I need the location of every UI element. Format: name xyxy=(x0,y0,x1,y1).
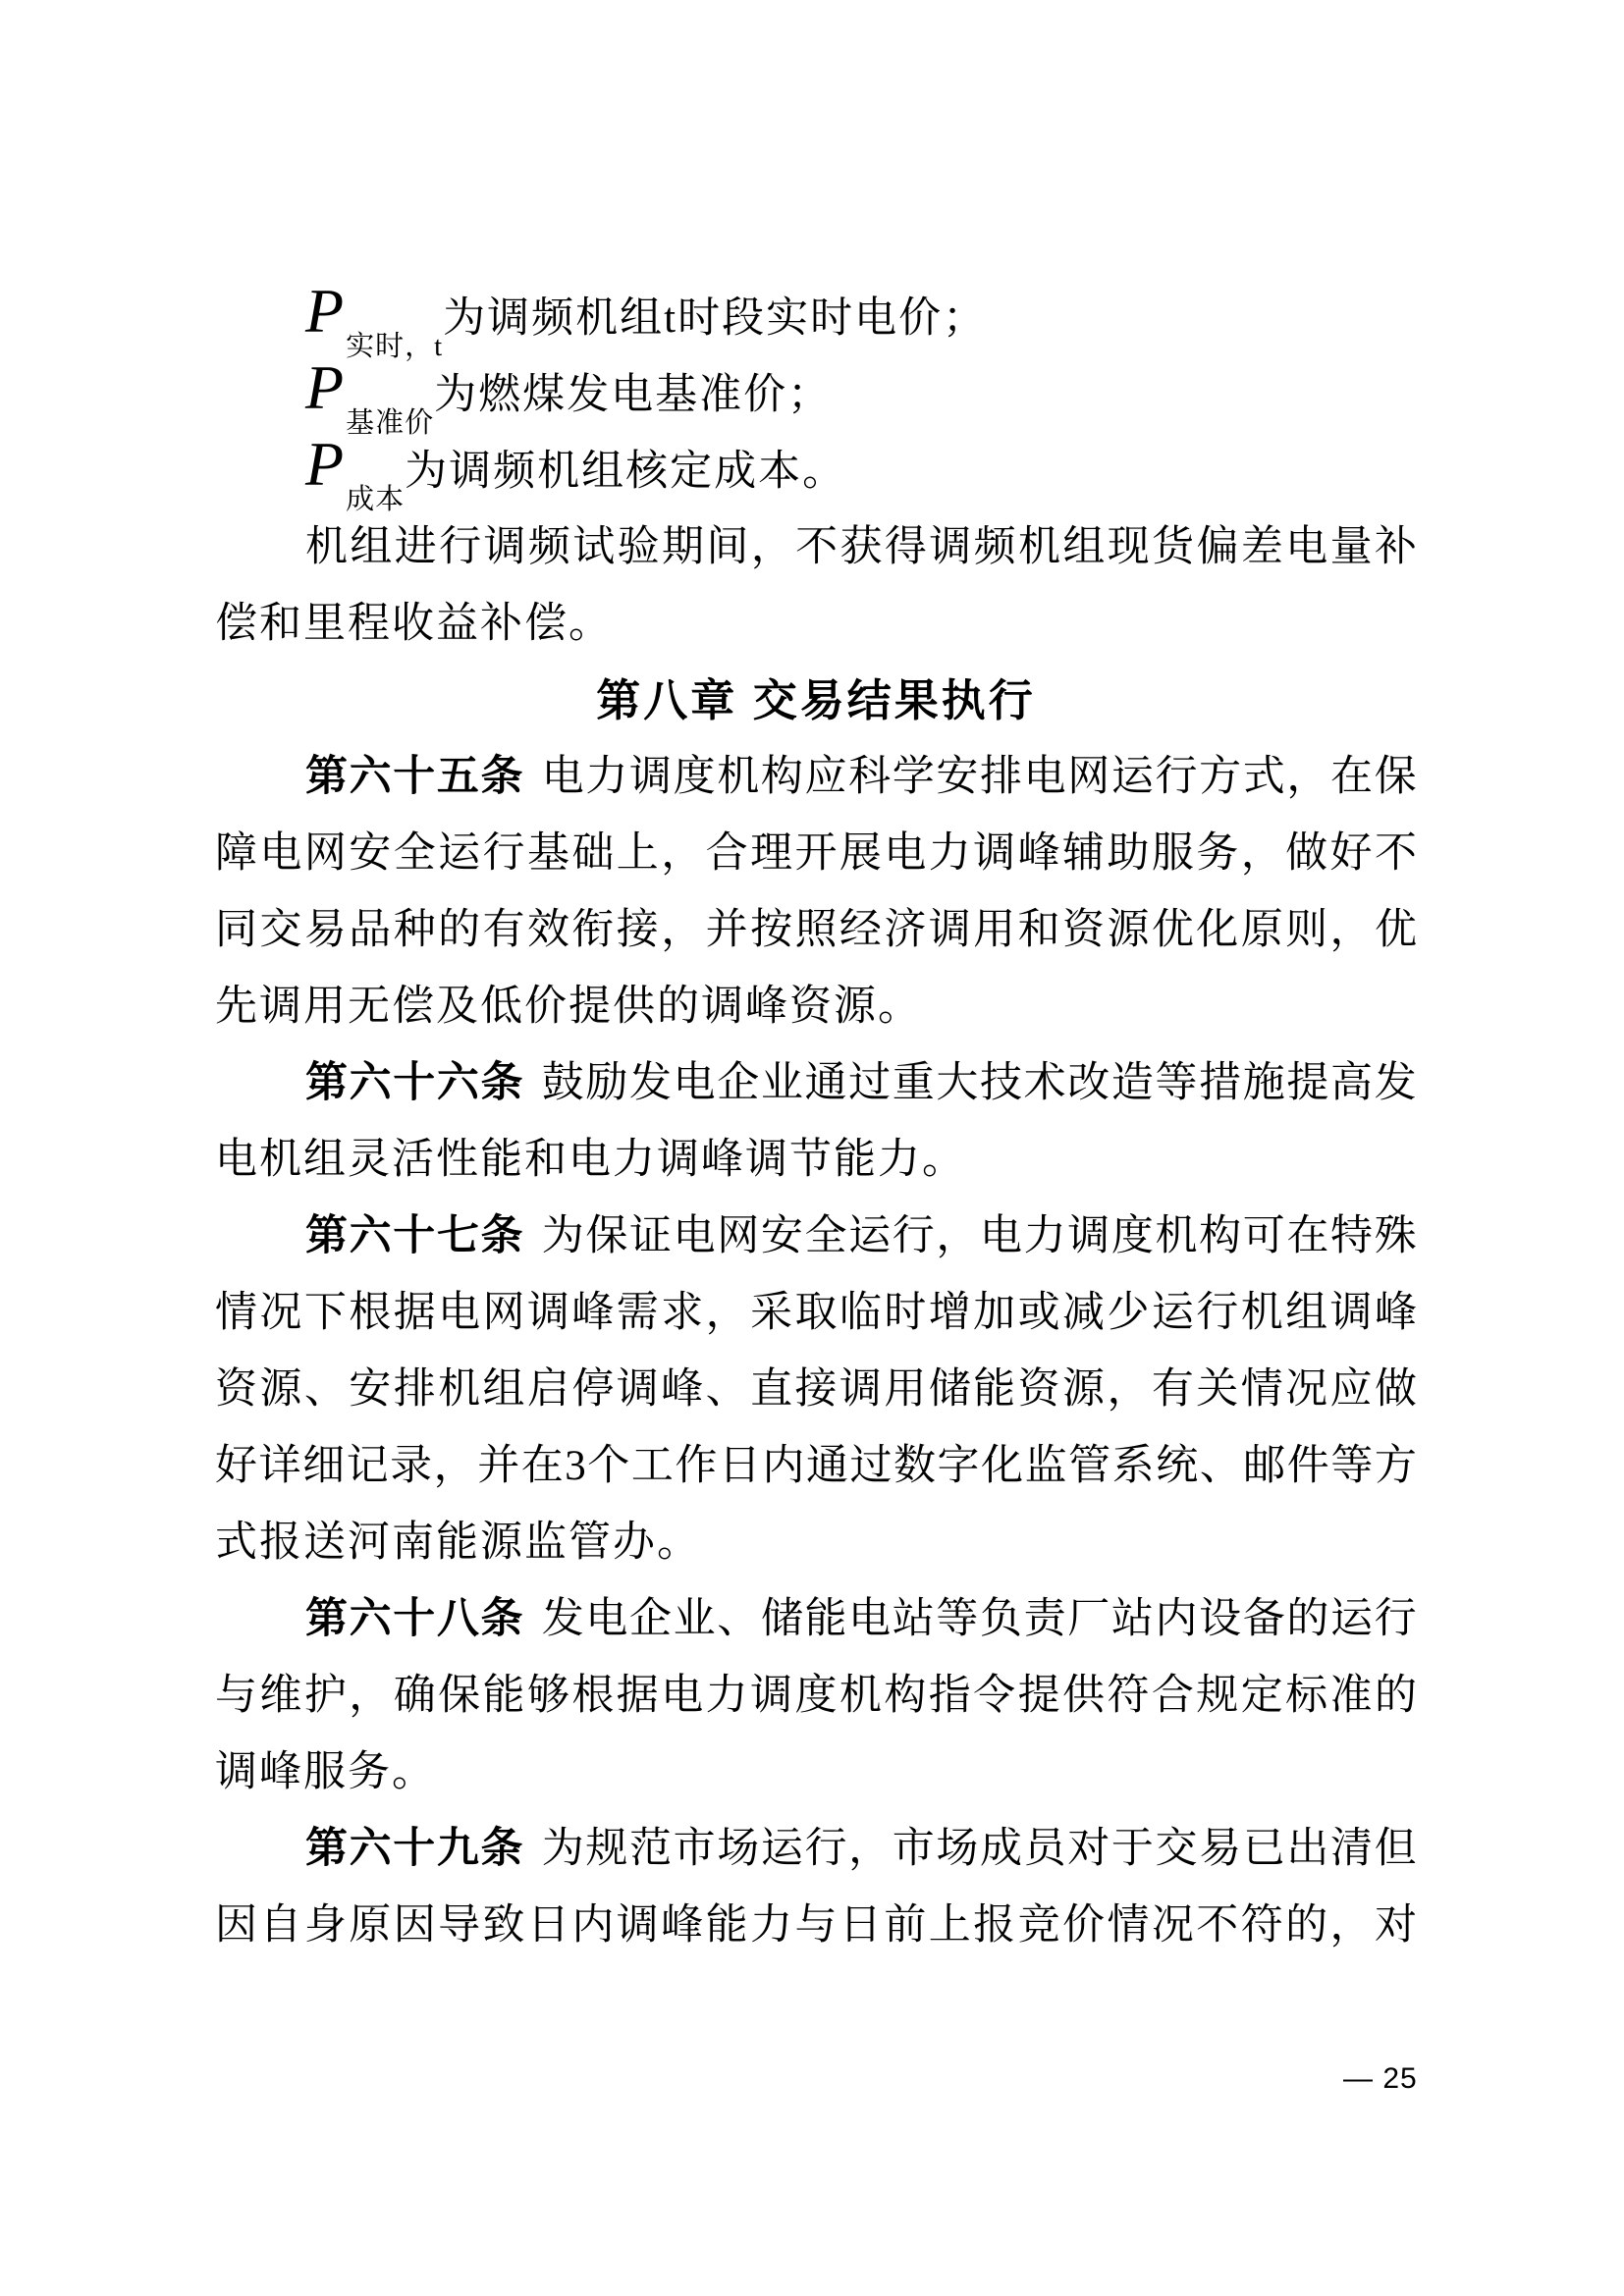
text-char: 的 xyxy=(438,892,480,969)
text-char: 员 xyxy=(1024,1811,1066,1888)
text-char: 峰 xyxy=(1375,1275,1417,1352)
text-char: 导 xyxy=(438,1888,480,1964)
text-char: 储 xyxy=(929,1352,971,1428)
text-char: 情 xyxy=(215,1275,257,1352)
text-char: 原 xyxy=(349,1888,391,1964)
text-char: ， xyxy=(661,816,703,892)
text-char: 差 xyxy=(1241,509,1283,586)
text-char: 电 xyxy=(674,1045,716,1122)
article-number-char: 六 xyxy=(350,1811,392,1888)
text-char: 系 xyxy=(1112,1428,1155,1505)
text-char: 调 xyxy=(973,816,1015,892)
text-char: 间 xyxy=(706,509,748,586)
text-char: 力 xyxy=(929,816,971,892)
text-char: 清 xyxy=(1330,1811,1373,1888)
text-char: 术 xyxy=(1024,1045,1066,1122)
text-char: 准 xyxy=(1330,1658,1373,1735)
text-char: 按 xyxy=(750,892,792,969)
text-char: 好 xyxy=(1330,816,1373,892)
text-char: 高 xyxy=(1330,1045,1373,1122)
text-char: 电 xyxy=(848,1581,891,1658)
text-char: 度 xyxy=(1111,1199,1154,1275)
text-char: 接 xyxy=(794,1352,837,1428)
article-line: 第六十八条发电企业、储能电站等负责厂站内设备的运行 xyxy=(215,1581,1417,1658)
text-char: 市 xyxy=(674,1811,716,1888)
text-char: 构 xyxy=(1199,1199,1241,1275)
text-char: 则 xyxy=(1285,892,1327,969)
text-char: 等 xyxy=(1330,1428,1373,1505)
text-char: 临 xyxy=(839,1275,882,1352)
text-char: 上 xyxy=(617,816,659,892)
article-number-char: 十 xyxy=(393,1199,435,1275)
text-char: 不 xyxy=(1375,816,1417,892)
text-char: 式 xyxy=(1243,739,1285,816)
text-char: 因 xyxy=(394,1888,436,1964)
text-char: 发 xyxy=(1375,1045,1417,1122)
text-char: 调 xyxy=(929,509,971,586)
text-char: 况 xyxy=(1152,1888,1194,1964)
text-char: 交 xyxy=(1156,1811,1198,1888)
text-char: 市 xyxy=(893,1811,935,1888)
text-char: ， xyxy=(661,892,703,969)
text-char: 据 xyxy=(617,1658,659,1735)
text-char: 站 xyxy=(1111,1581,1154,1658)
text-char: 安 xyxy=(761,1199,803,1275)
text-char: 期 xyxy=(662,509,704,586)
text-char: 作 xyxy=(675,1428,717,1505)
text-char: 对 xyxy=(1375,1888,1417,1964)
text-char: 能 xyxy=(483,1658,525,1735)
text-char: 细 xyxy=(302,1428,345,1505)
text-char: 组 xyxy=(1285,1275,1327,1352)
text-char: 过 xyxy=(849,1428,892,1505)
text-char: 范 xyxy=(629,1811,672,1888)
text-char: 、 xyxy=(706,1352,748,1428)
text-char: 字 xyxy=(938,1428,980,1505)
text-char: 况 xyxy=(259,1275,301,1352)
article-number-char: 六 xyxy=(350,1199,392,1275)
text-char: 组 xyxy=(483,1352,525,1428)
text-char: 取 xyxy=(794,1275,837,1352)
text-char: 网 xyxy=(304,816,347,892)
text-char: 科 xyxy=(848,739,891,816)
text-char: 大 xyxy=(936,1045,978,1122)
text-char: ， xyxy=(434,1428,476,1505)
text-char: 机 xyxy=(438,1352,480,1428)
text-char: 做 xyxy=(1285,816,1327,892)
text-char: 下 xyxy=(304,1275,347,1352)
text-char: 电 xyxy=(259,816,301,892)
text-char: 网 xyxy=(483,1275,525,1352)
chapter-heading: 第八章 交易结果执行 xyxy=(215,663,1417,739)
text-char: 业 xyxy=(761,1045,803,1122)
text-char: 货 xyxy=(1152,509,1194,586)
formula-line: P基准价为燃煤发电基准价； xyxy=(215,356,1417,433)
text-char: 资 xyxy=(1062,892,1105,969)
text-char: 电 xyxy=(1285,509,1327,586)
text-char: 理 xyxy=(750,816,792,892)
text-char: 力 xyxy=(706,1658,748,1735)
text-char: 组 xyxy=(350,509,392,586)
article-line: 障电网安全运行基础上，合理开展电力调峰辅助服务，做好不 xyxy=(215,816,1417,892)
text-char: 通 xyxy=(806,1428,848,1505)
article-number-char: 条 xyxy=(481,1581,523,1658)
text-char: 自 xyxy=(259,1888,301,1964)
text-char: 用 xyxy=(884,1352,926,1428)
article-number-char: 第 xyxy=(305,1199,348,1275)
text-char: 等 xyxy=(1156,1045,1198,1122)
text-char: 排 xyxy=(394,1352,436,1428)
text-char: 开 xyxy=(794,816,837,892)
text-char: 根 xyxy=(571,1658,614,1735)
article-line: 同交易品种的有效衔接，并按照经济调用和资源优化原则，优 xyxy=(215,892,1417,969)
text-char: 全 xyxy=(805,1199,847,1275)
text-char: 源 xyxy=(1107,892,1149,969)
text-char: 指 xyxy=(929,1658,971,1735)
text-char: 3 xyxy=(565,1428,586,1505)
text-char: 化 xyxy=(981,1428,1023,1505)
note-line: 机组进行调频试验期间，不获得调频机组现货偏差电量补 xyxy=(215,509,1417,586)
article-number-char: 第 xyxy=(305,739,348,816)
text-char: 调 xyxy=(839,1352,882,1428)
text-char: 出 xyxy=(1286,1811,1328,1888)
text-char: 已 xyxy=(1243,1811,1285,1888)
text-char: 统 xyxy=(1156,1428,1198,1505)
number-text-gap xyxy=(524,1199,540,1275)
text-char: 电 xyxy=(661,1658,703,1735)
article-number-char: 九 xyxy=(437,1811,479,1888)
article-number-char: 十 xyxy=(393,1581,435,1658)
text-char: 在 xyxy=(1330,739,1373,816)
text-char: 优 xyxy=(1375,892,1417,969)
text-char: 调 xyxy=(617,1352,659,1428)
text-char: 全 xyxy=(394,816,436,892)
text-char: 电 xyxy=(674,1199,716,1275)
text-char: 加 xyxy=(973,1275,1015,1352)
text-char: 过 xyxy=(848,1045,891,1122)
text-char: 措 xyxy=(1199,1045,1241,1122)
article-line: 与维护，确保能够根据电力调度机构指令提供符合规定标准的 xyxy=(215,1658,1417,1735)
text-char: 峰 xyxy=(1018,816,1060,892)
text-char: 补 xyxy=(1375,509,1417,586)
text-char: 行 xyxy=(439,509,481,586)
text-char: 运 xyxy=(438,816,480,892)
text-char: ， xyxy=(1241,816,1283,892)
text-char: 接 xyxy=(617,892,659,969)
text-char: 行 xyxy=(1156,739,1198,816)
text-char: 经 xyxy=(839,892,882,969)
article-number-char: 七 xyxy=(437,1199,479,1275)
text-char: 调 xyxy=(484,509,526,586)
text-char: 资 xyxy=(215,1352,257,1428)
text-char: 储 xyxy=(761,1581,803,1658)
article-line: 第六十九条为规范市场运行，市场成员对于交易已出清但 xyxy=(215,1811,1417,1888)
text-char: ， xyxy=(706,1275,748,1352)
text-char: 峰 xyxy=(661,1352,703,1428)
article-number-char: 条 xyxy=(481,1811,523,1888)
document-content: P实时，t为调频机组t时段实时电价；P基准价为燃煤发电基准价；P成本为调频机组核… xyxy=(215,280,1417,1964)
text-char: 为 xyxy=(542,1199,584,1275)
article-line: 调峰服务。 xyxy=(215,1735,1417,1811)
text-char: 机 xyxy=(1018,509,1060,586)
article-number-char: 十 xyxy=(393,1045,435,1122)
text-char: 峰 xyxy=(571,1275,614,1352)
text-char: 源 xyxy=(259,1352,301,1428)
text-char: 服 xyxy=(1152,816,1194,892)
text-char: 数 xyxy=(893,1428,936,1505)
text-char: 电 xyxy=(1024,739,1066,816)
text-char: 记 xyxy=(347,1428,389,1505)
text-char: 据 xyxy=(394,1275,436,1352)
text-char: 求 xyxy=(661,1275,703,1352)
text-char: 负 xyxy=(980,1581,1022,1658)
text-char: 电 xyxy=(542,739,584,816)
text-char: 量 xyxy=(1330,509,1373,586)
text-char: 因 xyxy=(215,1888,257,1964)
text-char: 邮 xyxy=(1243,1428,1285,1505)
text-char: 发 xyxy=(629,1045,672,1122)
text-char: 关 xyxy=(1196,1352,1238,1428)
text-char: 方 xyxy=(1375,1428,1417,1505)
text-char: 效 xyxy=(527,892,569,969)
text-char: 现 xyxy=(1108,509,1150,586)
text-char: 电 xyxy=(980,1199,1022,1275)
text-char: 停 xyxy=(571,1352,614,1428)
text-char: 需 xyxy=(617,1275,659,1352)
text-char: 度 xyxy=(674,739,716,816)
text-char: 构 xyxy=(884,1658,926,1735)
text-char: 报 xyxy=(973,1888,1015,1964)
text-char: 日 xyxy=(839,1888,882,1964)
document-page: P实时，t为调频机组t时段实时电价；P基准价为燃煤发电基准价；P成本为调频机组核… xyxy=(0,0,1624,2296)
text-char: 进 xyxy=(395,509,437,586)
article-line: 好详细记录，并在3个工作日内通过数字化监管系统、邮件等方 xyxy=(215,1428,1417,1505)
text-char: 助 xyxy=(1107,816,1149,892)
text-char: 发 xyxy=(542,1581,584,1658)
text-char: 机 xyxy=(1156,1199,1198,1275)
text-char: 有 xyxy=(1152,1352,1194,1428)
text-char: 运 xyxy=(1152,1275,1194,1352)
text-char: 交 xyxy=(259,892,301,969)
text-char: 不 xyxy=(795,509,838,586)
text-char: 与 xyxy=(794,1888,837,1964)
text-char: 通 xyxy=(805,1045,847,1122)
text-char: 价 xyxy=(1062,1888,1105,1964)
text-char: 电 xyxy=(585,1581,627,1658)
text-char: 定 xyxy=(1241,1658,1283,1735)
text-char: 、 xyxy=(1200,1428,1242,1505)
text-char: 衔 xyxy=(571,892,614,969)
text-char: 排 xyxy=(980,739,1022,816)
text-char: 源 xyxy=(1062,1352,1105,1428)
article-line: 先调用无偿及低价提供的调峰资源。 xyxy=(215,969,1417,1045)
text-char: 提 xyxy=(1018,1658,1060,1735)
text-char: 的 xyxy=(1285,1888,1327,1964)
text-char: 够 xyxy=(527,1658,569,1735)
article-number-char: 六 xyxy=(350,739,392,816)
text-char: 做 xyxy=(1375,1352,1417,1428)
article-line: 情况下根据电网调峰需求，采取临时增加或减少运行机组调峰 xyxy=(215,1275,1417,1352)
text-char: 重 xyxy=(893,1045,935,1122)
text-char: 行 xyxy=(893,1199,935,1275)
text-char: 机 xyxy=(1241,1275,1283,1352)
article-number-char: 八 xyxy=(437,1581,479,1658)
text-char: 的 xyxy=(1375,1658,1417,1735)
text-char: 合 xyxy=(706,816,748,892)
text-char: 调 xyxy=(1330,1275,1373,1352)
text-char: ， xyxy=(751,509,793,586)
text-char: 行 xyxy=(483,816,525,892)
text-char: 、 xyxy=(717,1581,759,1658)
text-char: 品 xyxy=(349,892,391,969)
text-char: 日 xyxy=(719,1428,761,1505)
text-char: 特 xyxy=(1330,1199,1373,1275)
text-char: 在 xyxy=(1286,1199,1328,1275)
text-char: 与 xyxy=(215,1658,257,1735)
text-char: 维 xyxy=(259,1658,301,1735)
formula-line: P成本为调频机组核定成本。 xyxy=(215,433,1417,509)
text-char: 保 xyxy=(1375,739,1417,816)
text-char: 调 xyxy=(527,1275,569,1352)
text-char: 详 xyxy=(259,1428,301,1505)
text-char: 运 xyxy=(1330,1581,1373,1658)
text-char: 日 xyxy=(527,1888,569,1964)
text-char: 易 xyxy=(1199,1811,1241,1888)
text-char: 提 xyxy=(1286,1045,1328,1122)
text-char: 并 xyxy=(706,892,748,969)
text-char: 优 xyxy=(1152,892,1194,969)
article-number-char: 五 xyxy=(437,739,479,816)
text-char: 上 xyxy=(929,1888,971,1964)
text-char: 频 xyxy=(528,509,570,586)
text-char: 网 xyxy=(717,1199,759,1275)
article-number-char: 六 xyxy=(437,1045,479,1122)
text-char: 运 xyxy=(848,1199,891,1275)
text-char: 度 xyxy=(794,1658,837,1735)
text-char: 机 xyxy=(717,739,759,816)
text-char: 济 xyxy=(884,892,926,969)
text-char: 基 xyxy=(527,816,569,892)
text-char: 件 xyxy=(1287,1428,1329,1505)
text-char: 调 xyxy=(617,1888,659,1964)
text-char: 运 xyxy=(761,1811,803,1888)
text-char: 电 xyxy=(884,816,926,892)
article-number-char: 条 xyxy=(481,1045,523,1122)
text-char: 不 xyxy=(1196,1888,1238,1964)
text-char: 障 xyxy=(215,816,257,892)
text-char: 安 xyxy=(936,739,978,816)
text-char: 础 xyxy=(571,816,614,892)
text-char: 少 xyxy=(1107,1275,1149,1352)
text-char: 、 xyxy=(304,1352,347,1428)
text-char: ， xyxy=(848,1811,891,1888)
text-char: 时 xyxy=(884,1275,926,1352)
text-char: 符 xyxy=(1241,1888,1283,1964)
text-char: ， xyxy=(1286,739,1328,816)
text-char: 应 xyxy=(805,739,847,816)
number-text-gap xyxy=(524,1045,540,1122)
text-char: 调 xyxy=(629,739,672,816)
text-char: 的 xyxy=(1286,1581,1328,1658)
article-line: 因自身原因导致日内调峰能力与日前上报竞价情况不符的，对 xyxy=(215,1888,1417,1964)
text-char: 站 xyxy=(893,1581,935,1658)
text-char: 得 xyxy=(885,509,927,586)
text-char: 身 xyxy=(304,1888,347,1964)
text-char: 展 xyxy=(839,816,882,892)
formula-symbol: P xyxy=(305,352,346,422)
text-char: 业 xyxy=(674,1581,716,1658)
formula-symbol: P xyxy=(305,276,346,346)
text-char: 工 xyxy=(631,1428,674,1505)
formula-line: P实时，t为调频机组t时段实时电价； xyxy=(215,280,1417,356)
text-char: 况 xyxy=(1285,1352,1327,1428)
text-char: 峰 xyxy=(661,1888,703,1964)
text-char: 造 xyxy=(1111,1045,1154,1122)
text-char: 但 xyxy=(1375,1811,1417,1888)
text-char: 个 xyxy=(587,1428,629,1505)
text-char: 辅 xyxy=(1062,816,1105,892)
text-char: 力 xyxy=(1024,1199,1066,1275)
text-char: 厂 xyxy=(1067,1581,1110,1658)
text-char: 于 xyxy=(1111,1811,1154,1888)
text-char: 内 xyxy=(571,1888,614,1964)
text-char: 录 xyxy=(390,1428,432,1505)
text-char: 对 xyxy=(1067,1811,1110,1888)
text-char: 减 xyxy=(1062,1275,1105,1352)
text-char: 责 xyxy=(1024,1581,1066,1658)
text-char: 或 xyxy=(1018,1275,1060,1352)
text-char: ， xyxy=(349,1658,391,1735)
text-char: 方 xyxy=(1199,739,1241,816)
text-char: 启 xyxy=(527,1352,569,1428)
text-char: 情 xyxy=(1241,1352,1283,1428)
text-char: 致 xyxy=(483,1888,525,1964)
text-char: 规 xyxy=(1196,1658,1238,1735)
text-char: 确 xyxy=(394,1658,436,1735)
text-char: 构 xyxy=(761,739,803,816)
text-char: 安 xyxy=(349,1352,391,1428)
text-char: 符 xyxy=(1107,1658,1149,1735)
text-char: 企 xyxy=(717,1045,759,1122)
article-number-char: 六 xyxy=(350,1045,392,1122)
formula-description: 为燃煤发电基准价； xyxy=(434,372,832,418)
text-char: 监 xyxy=(1025,1428,1067,1505)
text-char: 为 xyxy=(542,1811,584,1888)
text-char: 采 xyxy=(750,1275,792,1352)
text-char: 直 xyxy=(750,1352,792,1428)
text-char: 可 xyxy=(1243,1199,1285,1275)
text-char: 资 xyxy=(1018,1352,1060,1428)
formula-symbol: P xyxy=(305,429,346,499)
article-line: 第六十五条电力调度机构应科学安排电网运行方式，在保 xyxy=(215,739,1417,816)
text-char: 成 xyxy=(980,1811,1022,1888)
text-char: 内 xyxy=(1156,1581,1198,1658)
text-char: 保 xyxy=(438,1658,480,1735)
text-char: 和 xyxy=(1018,892,1060,969)
text-char: 备 xyxy=(1243,1581,1285,1658)
text-char: 供 xyxy=(1062,1658,1105,1735)
text-char: 网 xyxy=(1067,739,1110,816)
text-char: 行 xyxy=(1196,1275,1238,1352)
number-text-gap xyxy=(524,739,540,816)
text-char: 照 xyxy=(794,892,837,969)
text-char: 施 xyxy=(1243,1045,1285,1122)
article-number-char: 十 xyxy=(393,739,435,816)
number-text-gap xyxy=(524,1581,540,1658)
text-char: 应 xyxy=(1330,1352,1373,1428)
article-number-char: 第 xyxy=(305,1045,348,1122)
text-char: 同 xyxy=(215,892,257,969)
